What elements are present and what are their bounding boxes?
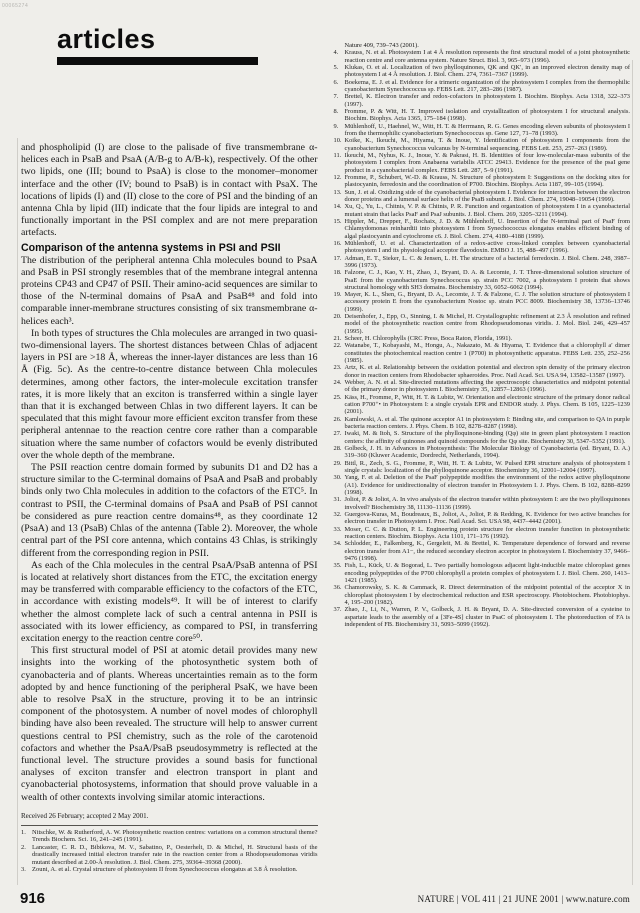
reference-number: 5.	[334, 64, 345, 79]
reference-item: 23. Artz, K. et al. Relationship between…	[334, 364, 631, 379]
reference-number: 16.	[334, 240, 345, 255]
reference-text: Artz, K. et al. Relationship between the…	[345, 364, 631, 379]
reference-item: 14. Xu, Q., Yu, L., Chitnis, V. P. & Chi…	[334, 203, 631, 218]
reference-number: 4.	[334, 49, 345, 64]
reference-text: Boekema, E. J. et al. Evidence for a tri…	[345, 79, 631, 94]
references-rule	[21, 825, 318, 826]
reference-item: 12. Fromme, P., Schubert, W.-D. & Krauss…	[334, 174, 631, 189]
reference-number: 18.	[334, 269, 345, 291]
reference-number: 21.	[334, 335, 345, 342]
reference-number: 12.	[334, 174, 345, 189]
reference-text: Fish, L., Kück, U. & Bogorad, L. Two par…	[345, 562, 631, 584]
reference-item: 35. Fish, L., Kück, U. & Bogorad, L. Two…	[334, 562, 631, 584]
reference-number: 14.	[334, 203, 345, 218]
reference-text: Chamorowsky, S. K. & Cammack, R. Direct …	[345, 584, 631, 606]
reference-item: 16. Mühlenhoff, U. et al. Characterizati…	[334, 240, 631, 255]
page-number: 916	[20, 890, 45, 907]
reference-text: Adman, E. T., Sieker, L. C. & Jensen, L.…	[345, 255, 631, 270]
reference-text: Zouni, A. et al. Crystal structure of ph…	[32, 866, 318, 874]
reference-list-right: 4. Krauss, N. et al. Photosystem I at 4 …	[334, 49, 631, 628]
reference-number: 33.	[334, 526, 345, 541]
reference-number: 37.	[334, 606, 345, 628]
reference-number: 10.	[334, 137, 345, 152]
reference-item: 22. Watanabe, T., Kobayashi, M., Hongu, …	[334, 342, 631, 364]
reference-item: 15. Hippler, M., Drepper, F., Rochaix, J…	[334, 218, 631, 240]
reference-number: 20.	[334, 313, 345, 335]
reference-text: Lancaster, C. R. D., Bibikova, M. V., Sa…	[32, 844, 318, 867]
reference-item: 36. Chamorowsky, S. K. & Cammack, R. Dir…	[334, 584, 631, 606]
paragraph-psii-reaction-centre: The PSII reaction centre domain formed b…	[21, 462, 318, 560]
reference-text: Yang, F. et al. Deletion of the PsaF pol…	[345, 474, 631, 496]
reference-number: 6.	[334, 79, 345, 94]
reference-number: 30.	[334, 474, 345, 496]
reference-number: 9.	[334, 123, 345, 138]
reference-item: 30. Yang, F. et al. Deletion of the PsaF…	[334, 474, 631, 496]
reference-text: Fromme, P. & Witt, H. T. Improved isolat…	[345, 108, 631, 123]
reference-text: Hippler, M., Drepper, F., Rochaix, J. D.…	[345, 218, 631, 240]
reference-text: Bittl, R., Zech, S. G., Fromme, P., Witt…	[345, 460, 631, 475]
reference-number: 3.	[21, 866, 32, 874]
reference-item: 31. Joliot, P. & Joliot, A. In vivo anal…	[334, 496, 631, 511]
reference-item: 11. Ikeuchi, M., Nyhus, K. J., Inoue, Y.…	[334, 152, 631, 174]
reference-text: Brettel, K. Electron transfer and redox-…	[345, 93, 631, 108]
reference-text: Klukas, O. et al. Localization of two ph…	[345, 64, 631, 79]
reference-text: Nitschke, W. & Rutherford, A. W. Photosy…	[32, 829, 318, 844]
reference-item: 13. Sun, J. et al. Oxidizing side of the…	[334, 189, 631, 204]
reference-number: 22.	[334, 342, 345, 364]
reference-item: 3. Zouni, A. et al. Crystal structure of…	[21, 866, 318, 874]
reference-list-left: 1. Nitschke, W. & Rutherford, A. W. Phot…	[21, 829, 318, 874]
reference-number: 25.	[334, 394, 345, 416]
reference-text: Golbeck, J. H. in Advances in Photosynth…	[345, 445, 631, 460]
paragraph-layers: In both types of structures the Chla mol…	[21, 328, 318, 462]
reference-number: 13.	[334, 189, 345, 204]
reference-item: 17. Adman, E. T., Sieker, L. C. & Jensen…	[334, 255, 631, 270]
reference-item: 20. Deisenhofer, J., Epp, O., Sinning, I…	[334, 313, 631, 335]
reference-text: Webber, A. N. et al. Site-directed mutat…	[345, 379, 631, 394]
reference-text: Scheer, H. Chlorophylls (CRC Press, Boca…	[345, 335, 631, 342]
reference-text: Iwaki, M. & Itoh, S. Structure of the ph…	[345, 430, 631, 445]
reference-number: 11.	[334, 152, 345, 174]
reference-number: 2.	[21, 844, 32, 867]
reference-item: 32. Guergova-Kuras, M., Boudreaux, B., J…	[334, 511, 631, 526]
reference-item: 5. Klukas, O. et al. Localization of two…	[334, 64, 631, 79]
reference-item: 26. Kamlowski, A. et al. The quinone acc…	[334, 416, 631, 431]
two-column-body: and phospholipid (I) are close to the pa…	[0, 42, 640, 874]
reference-item: 6. Boekema, E. J. et al. Evidence for a …	[334, 79, 631, 94]
reference-number: 31.	[334, 496, 345, 511]
reference-text: Guergova-Kuras, M., Boudreaux, B., Jolio…	[345, 511, 631, 526]
reference-item: 33. Moser, C. C. & Dutton, P. L. Enginee…	[334, 526, 631, 541]
reference-number: 26.	[334, 416, 345, 431]
reference-item: 19. Mayer, K. L., Shen, G., Bryant, D. A…	[334, 291, 631, 313]
reference-item: 21. Scheer, H. Chlorophylls (CRC Press, …	[334, 335, 631, 342]
reference-number: 7.	[334, 93, 345, 108]
reference-number: 32.	[334, 511, 345, 526]
paragraph-excitation-energy: As each of the Chla molecules in the cen…	[21, 560, 318, 645]
reference-item: 10. Koike, K., Ikeuchi, M., Hiyama, T. &…	[334, 137, 631, 152]
reference-item: 24. Webber, A. N. et al. Site-directed m…	[334, 379, 631, 394]
reference-number: 29.	[334, 460, 345, 475]
reference-number: 19.	[334, 291, 345, 313]
article-page: 00065274 articles and phospholipid (I) a…	[0, 0, 640, 913]
paragraph-lipids: and phospholipid (I) are close to the pa…	[21, 142, 318, 240]
reference-item: 7. Brettel, K. Electron transfer and red…	[334, 93, 631, 108]
reference-item: 18. Falzone, C. J., Kao, Y. H., Zhao, J.…	[334, 269, 631, 291]
reference-number: 35.	[334, 562, 345, 584]
reference-item: 2. Lancaster, C. R. D., Bibikova, M. V.,…	[21, 844, 318, 867]
reference-item: 25. Käss, H., Fromme, P., Witt, H. T. & …	[334, 394, 631, 416]
reference-text: Kamlowski, A. et al. The quinone accepto…	[345, 416, 631, 431]
reference-number: 23.	[334, 364, 345, 379]
reference-item: 8. Fromme, P. & Witt, H. T. Improved iso…	[334, 108, 631, 123]
reference-number: 36.	[334, 584, 345, 606]
scan-watermark: 00065274	[2, 3, 28, 9]
reference-text: Schlodder, E., Falkenberg, K., Gergeleit…	[345, 540, 631, 562]
reference-item: 27. Iwaki, M. & Itoh, S. Structure of th…	[334, 430, 631, 445]
received-note: Received 26 February; accepted 2 May 200…	[21, 812, 318, 821]
reference-number: 8.	[334, 108, 345, 123]
reference-text: Mühlenhoff, U. et al. Characterization o…	[345, 240, 631, 255]
reference-number: 34.	[334, 540, 345, 562]
left-column: and phospholipid (I) are close to the pa…	[21, 42, 318, 874]
reference-text: Sun, J. et al. Oxidizing side of the cya…	[345, 189, 631, 204]
reference-item: 34. Schlodder, E., Falkenberg, K., Gerge…	[334, 540, 631, 562]
section-heading-antenna-comparison: Comparison of the antenna systems in PSI…	[21, 242, 318, 254]
reference-item: 4. Krauss, N. et al. Photosystem I at 4 …	[334, 49, 631, 64]
journal-footer: NATURE | VOL 411 | 21 JUNE 2001 | www.na…	[418, 894, 630, 904]
reference-text: Krauss, N. et al. Photosystem I at 4 Å r…	[345, 49, 631, 64]
reference-item: 29. Bittl, R., Zech, S. G., Fromme, P., …	[334, 460, 631, 475]
reference-number: 27.	[334, 430, 345, 445]
reference-item: 28. Golbeck, J. H. in Advances in Photos…	[334, 445, 631, 460]
reference-text: Xu, Q., Yu, L., Chitnis, V. P. & Chitnis…	[345, 203, 631, 218]
reference-text: Falzone, C. J., Kao, Y. H., Zhao, J., Br…	[345, 269, 631, 291]
reference-text: Koike, K., Ikeuchi, M., Hiyama, T. & Ino…	[345, 137, 631, 152]
reference-number: 24.	[334, 379, 345, 394]
paragraph-distribution: The distribution of the peripheral anten…	[21, 255, 318, 328]
reference-text: Mayer, K. L., Shen, G., Bryant, D. A., L…	[345, 291, 631, 313]
reference-text: Mühlenhoff, U., Haehnel, W., Witt, H. T.…	[345, 123, 631, 138]
reference-text: Ikeuchi, M., Nyhus, K. J., Inoue, Y. & P…	[345, 152, 631, 174]
reference-text: Deisenhofer, J., Epp, O., Sinning, I. & …	[345, 313, 631, 335]
reference-item: 9. Mühlenhoff, U., Haehnel, W., Witt, H.…	[334, 123, 631, 138]
right-column: Nature 409, 739–743 (2001). 4. Krauss, N…	[334, 42, 631, 874]
reference-item: 37. Zhao, J., Li, N., Warren, P. V., Gol…	[334, 606, 631, 628]
reference-text: Fromme, P., Schubert, W.-D. & Krauss, N.…	[345, 174, 631, 189]
reference-number: 17.	[334, 255, 345, 270]
reference-number: 28.	[334, 445, 345, 460]
paragraph-conclusion: This first structural model of PSI at at…	[21, 645, 318, 804]
reference-text: Watanabe, T., Kobayashi, M., Hongu, A., …	[345, 342, 631, 364]
reference-number: 15.	[334, 218, 345, 240]
reference-text: Zhao, J., Li, N., Warren, P. V., Golbeck…	[345, 606, 631, 628]
reference-text: Moser, C. C. & Dutton, P. L. Engineering…	[345, 526, 631, 541]
reference-number: 1.	[21, 829, 32, 844]
reference-text: Käss, H., Fromme, P., Witt, H. T. & Lubi…	[345, 394, 631, 416]
reference-text: Joliot, P. & Joliot, A. In vivo analysis…	[345, 496, 631, 511]
reference-item: 1. Nitschke, W. & Rutherford, A. W. Phot…	[21, 829, 318, 844]
